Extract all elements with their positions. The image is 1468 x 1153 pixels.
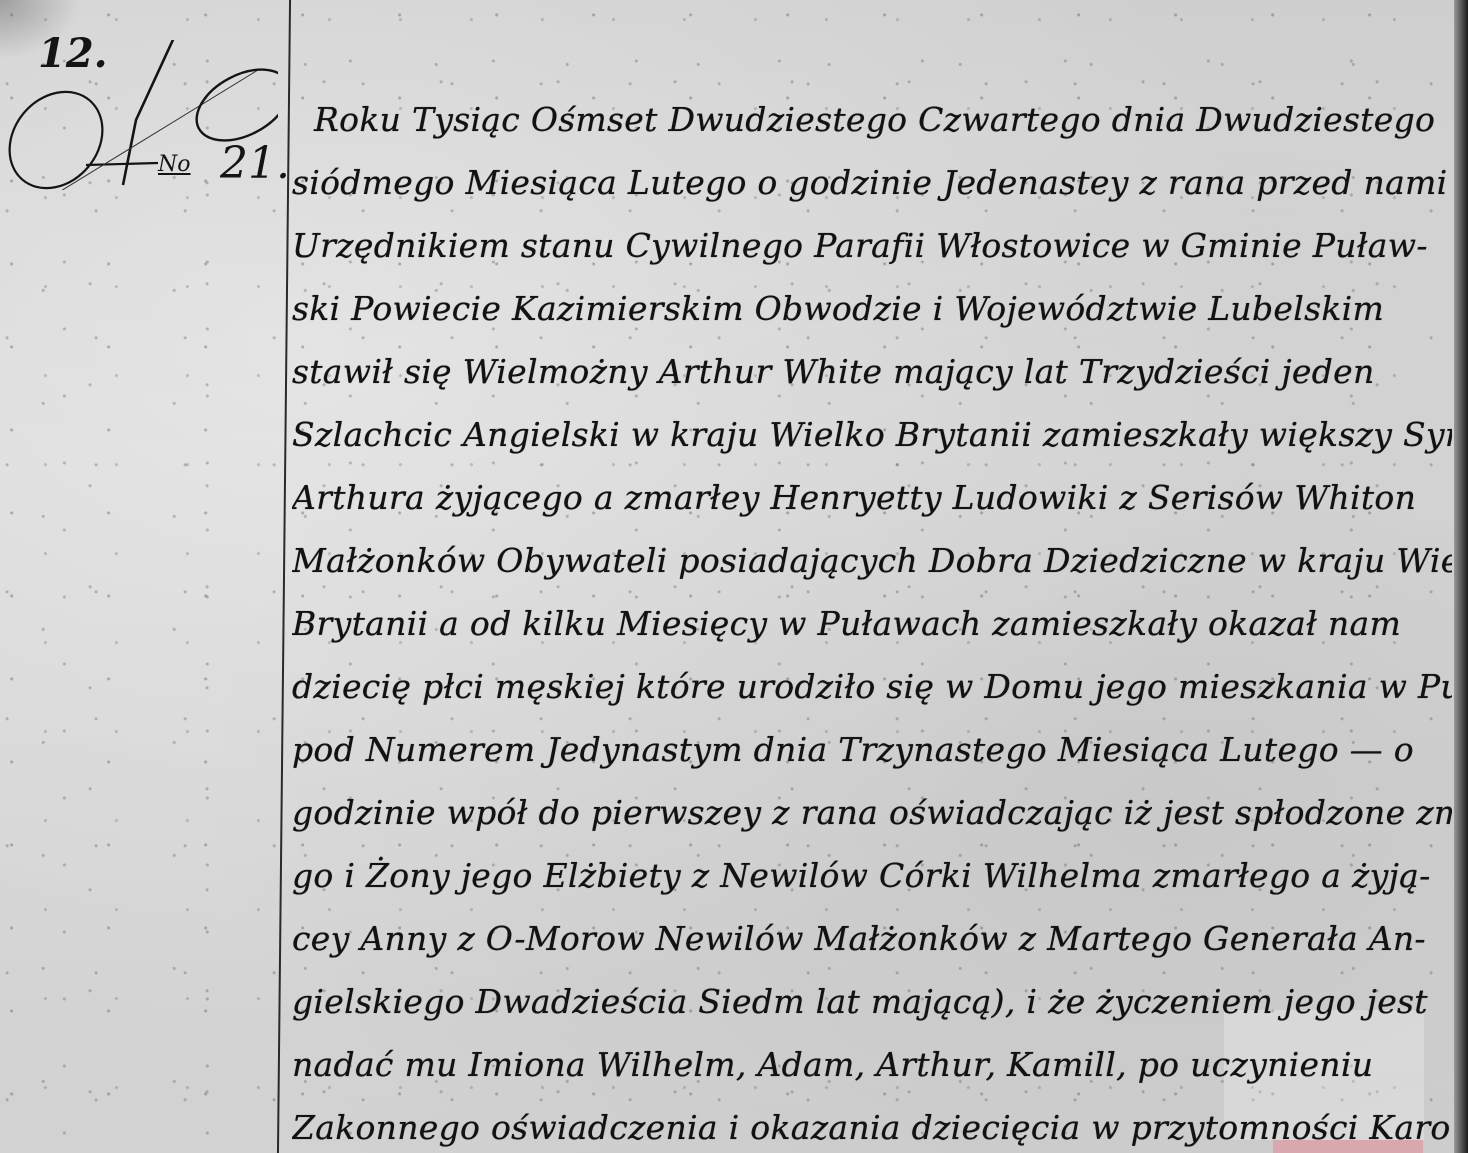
highlight-patch: [1273, 1140, 1423, 1153]
text-line: godzinie wpół do pierwszey z rana oświad…: [292, 781, 1452, 844]
entry-number-label: No: [158, 152, 191, 177]
text-line: Urzędnikiem stanu Cywilnego Parafii Włos…: [292, 214, 1452, 277]
text-line: Brytanii a od kilku Miesięcy w Puławach …: [292, 592, 1452, 655]
text-line: gielskiego Dwadzieścia Siedm lat mającą)…: [292, 970, 1452, 1033]
entry-number-flourish: No 21.: [8, 40, 278, 180]
text-line: dziecię płci męskiej które urodziło się …: [292, 655, 1452, 718]
text-line: Szlachcic Angielski w kraju Wielko Bryta…: [292, 403, 1452, 466]
text-line: nadać mu Imiona Wilhelm, Adam, Arthur, K…: [292, 1033, 1452, 1096]
entry-number-value: 21.: [220, 138, 290, 189]
text-line: Roku Tysiąc Ośmset Dwudziestego Czwarteg…: [292, 88, 1452, 151]
text-line: Arthura żyjącego a zmarłey Henryetty Lud…: [292, 466, 1452, 529]
text-line: stawił się Wielmożny Arthur White mający…: [292, 340, 1452, 403]
record-body: Roku Tysiąc Ośmset Dwudziestego Czwarteg…: [292, 88, 1452, 1153]
text-line: cey Anny z O-Morow Newilów Małżonków z M…: [292, 907, 1452, 970]
text-line: go i Żony jego Elżbiety z Newilów Córki …: [292, 844, 1452, 907]
text-line: siódmego Miesiąca Lutego o godzinie Jede…: [292, 151, 1452, 214]
page-edge: [1454, 0, 1468, 1153]
scanned-document-page: 12. No 21. Roku Tysiąc Ośmset Dwudzieste…: [0, 0, 1468, 1153]
text-line: ski Powiecie Kazimierskim Obwodzie i Woj…: [292, 277, 1452, 340]
text-line: Małżonków Obywateli posiadających Dobra …: [292, 529, 1452, 592]
text-line: pod Numerem Jedynastym dnia Trzynastego …: [292, 718, 1452, 781]
